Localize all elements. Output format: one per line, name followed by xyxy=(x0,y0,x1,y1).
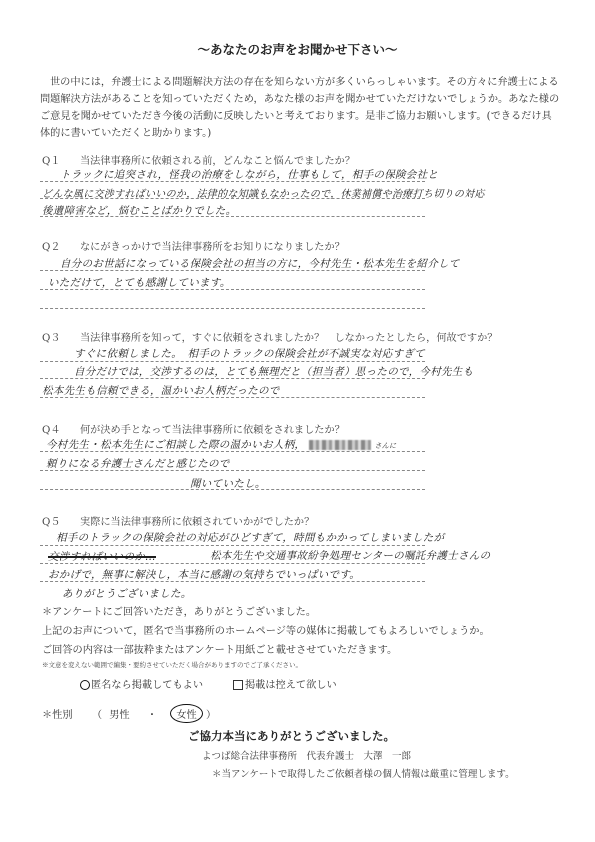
gender-female-selected[interactable]: 女性 xyxy=(170,704,202,723)
option-anonymous-ok[interactable]: 匿名なら掲載してもよい xyxy=(80,676,203,691)
consent-note: ご回答の内容は一部抜粋またはアンケート用紙ごと載せさせていただきます。 xyxy=(42,641,397,656)
question-3: Q３当法律事務所を知って，すぐに依頼をされましたか？ しなかったとしたら，何故で… xyxy=(42,329,497,344)
option-decline[interactable]: 掲載は控えて欲しい xyxy=(233,676,337,691)
circled-checkbox-icon[interactable] xyxy=(80,680,90,690)
consent-question: 上記のお声について，匿名で当事務所のホームページ等の媒体に掲載してもよろしいでし… xyxy=(42,622,490,637)
gender-male[interactable]: 男性 xyxy=(109,710,129,721)
firm-signature: よつば総合法律事務所 代表弁護士 大澤 一郎 xyxy=(202,748,411,762)
separator: ・ xyxy=(147,710,157,721)
handwritten-answer: 松本先生や交通事故紛争処理センターの嘱託弁護士さんの xyxy=(210,548,490,563)
question-number: Q５ xyxy=(42,513,80,528)
redacted-name xyxy=(309,440,371,450)
intro-paragraph: 世の中には，弁護士による問題解決方法の存在を知らない方が多くいらっしゃいます。そ… xyxy=(40,74,560,142)
question-1: Q１当法律事務所に依頼される前，どんなこと悩んでましたか？ xyxy=(42,152,355,167)
question-text: 何が決め手となって当法律事務所に依頼をされましたか？ xyxy=(80,425,345,436)
handwritten-answer: いただけて，とても感謝しています。 xyxy=(48,275,231,290)
handwritten-answer: 頼りになる弁護士さんだと感じたので xyxy=(46,456,230,471)
checkbox-icon[interactable] xyxy=(233,680,243,690)
survey-thanks: ＊アンケートにご回答いただき，ありがとうございました。 xyxy=(42,603,316,618)
page-title: 〜あなたのお声をお聞かせ下さい〜 xyxy=(0,40,595,58)
question-number: Q１ xyxy=(42,152,80,167)
option-label: 匿名なら掲載してもよい xyxy=(91,680,203,691)
handwritten-answer: 聞いていたし。 xyxy=(190,476,266,491)
answer-text: 今村先生・松本先生にご相談した際の温かいお人柄， xyxy=(46,439,305,451)
consent-small-note: ※文意を変えない範囲で編集・要約させていただく場合がありますのでご了承ください。 xyxy=(42,660,302,669)
question-number: Q３ xyxy=(42,329,80,344)
question-number: Q２ xyxy=(42,238,80,253)
handwritten-answer: 今村先生・松本先生にご相談した際の温かいお人柄， さんに xyxy=(46,437,396,452)
question-text: 実際に当法律事務所に依頼されていかがでしたか？ xyxy=(80,517,314,528)
gender-label: ＊性別 xyxy=(42,710,73,721)
handwritten-answer: すぐに依頼しました。 相手のトラックの保険会社が不誠実な対応すぎて xyxy=(74,346,425,361)
struck-out-text: 交渉すればいいのか… xyxy=(48,549,156,564)
question-text: 当法律事務所を知って，すぐに依頼をされましたか？ しなかったとしたら，何故ですか… xyxy=(80,333,497,344)
handwritten-answer: トラックに追突され，怪我の治療をしながら，仕事もして，相手の保険会社と xyxy=(60,167,438,182)
handwritten-answer: 自分のお世話になっている保険会社の担当の方に，今村先生・松本先生を紹介して xyxy=(60,256,460,271)
answer-suffix: さんに xyxy=(374,442,396,450)
answer-line xyxy=(40,308,425,309)
question-5: Q５実際に当法律事務所に依頼されていかがでしたか？ xyxy=(42,513,314,528)
closing-thanks: ご協力本当にありがとうございました。 xyxy=(188,728,395,744)
question-4: Q４何が決め手となって当法律事務所に依頼をされましたか？ xyxy=(42,421,345,436)
handwritten-answer: どんな風に交渉すればいいのか，法律的な知識もなかったので，休業補償や治療打ち切り… xyxy=(42,185,485,200)
answer-line xyxy=(40,361,425,362)
question-text: なにがきっかけで当法律事務所をお知りになりましたか？ xyxy=(80,242,345,253)
handwritten-answer: ありがとうございました。 xyxy=(62,586,192,601)
question-number: Q４ xyxy=(42,421,80,436)
handwritten-answer: おかげで，無事に解決し，本当に感謝の気持ちでいっぱいです。 xyxy=(48,567,360,582)
privacy-note: ＊当アンケートで取得したご依頼者様の個人情報は厳重に管理します。 xyxy=(212,766,515,780)
handwritten-answer: 自分だけでは，交渉するのは，とても無理だと（担当者）思ったので，今村先生も xyxy=(74,364,473,379)
handwritten-answer: 後遺障害など，悩むことばかりでした。 xyxy=(42,203,236,218)
answer-line xyxy=(40,545,425,546)
question-text: 当法律事務所に依頼される前，どんなこと悩んでましたか？ xyxy=(80,156,355,167)
gender-field: ＊性別 （ 男性 ・ 女性 ） xyxy=(42,704,216,723)
handwritten-answer: 松本先生も信頼できる，温かいお人柄だったので xyxy=(42,383,280,398)
paren-close: ） xyxy=(206,710,216,721)
question-2: Q２なにがきっかけで当法律事務所をお知りになりましたか？ xyxy=(42,238,345,253)
option-label: 掲載は控えて欲しい xyxy=(245,680,337,691)
handwritten-answer: 相手のトラックの保険会社の対応がひどすぎて，時間もかかってしまいましたが xyxy=(56,530,444,545)
paren-open: （ xyxy=(92,710,102,721)
